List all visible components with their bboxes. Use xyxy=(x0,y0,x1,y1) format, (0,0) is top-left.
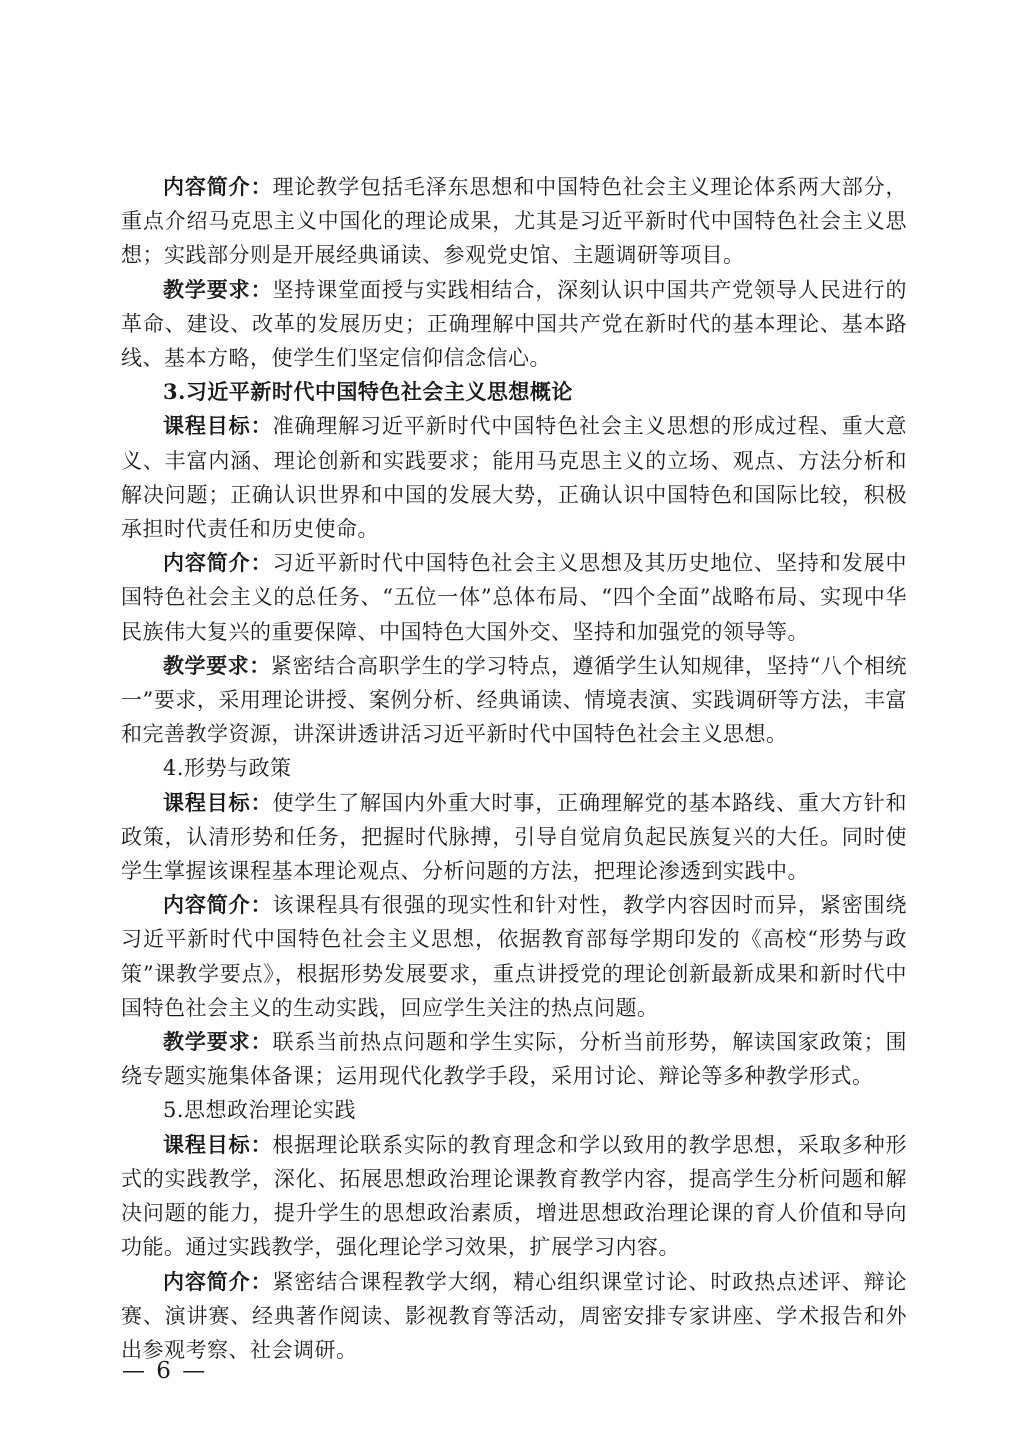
paragraph-course-goal-5: 课程目标：根据理论联系实际的教育理念和学以致用的教学思想，采取多种形式的实践教学… xyxy=(121,1128,907,1265)
paragraph-course-goal-4: 课程目标：使学生了解国内外重大时事，正确理解党的基本路线、重大方针和政策，认清形… xyxy=(121,786,907,889)
paragraph-label: 教学要求： xyxy=(163,1029,272,1054)
paragraph-content-intro-5: 内容简介：紧密结合课程教学大纲，精心组织课堂讨论、时政热点述评、辩论赛、演讲赛、… xyxy=(121,1265,907,1368)
document-body: 内容简介：理论教学包括毛泽东思想和中国特色社会主义理论体系两大部分，重点介绍马克… xyxy=(121,170,907,1367)
page-footer: — 6 — xyxy=(122,1358,207,1384)
paragraph-label: 课程目标： xyxy=(163,413,272,438)
paragraph-content-intro-1: 内容简介：理论教学包括毛泽东思想和中国特色社会主义理论体系两大部分，重点介绍马克… xyxy=(121,170,907,273)
paragraph-label: 课程目标： xyxy=(163,1132,272,1157)
page-number: — 6 — xyxy=(122,1358,207,1384)
paragraph-label: 内容简介： xyxy=(163,550,272,575)
paragraph-label: 内容简介： xyxy=(163,174,272,199)
paragraph-course-goal-3: 课程目标：准确理解习近平新时代中国特色社会主义思想的形成过程、重大意义、丰富内涵… xyxy=(121,409,907,546)
paragraph-label: 教学要求： xyxy=(163,653,271,678)
paragraph-label: 教学要求： xyxy=(163,277,272,302)
paragraph-teaching-req-3: 教学要求：紧密结合高职学生的学习特点，遵循学生认知规律，坚持“八个相统一”要求，… xyxy=(121,649,907,752)
paragraph-content-intro-3: 内容简介：习近平新时代中国特色社会主义思想及其历史地位、坚持和发展中国特色社会主… xyxy=(121,546,907,649)
paragraph-label: 课程目标： xyxy=(163,790,272,815)
document-page: 内容简介：理论教学包括毛泽东思想和中国特色社会主义理论体系两大部分，重点介绍马克… xyxy=(0,0,1024,1448)
section-heading-3: 3.习近平新时代中国特色社会主义思想概论 xyxy=(121,375,907,409)
paragraph-teaching-req-1: 教学要求：坚持课堂面授与实践相结合，深刻认识中国共产党领导人民进行的革命、建设、… xyxy=(121,273,907,376)
paragraph-label: 内容简介： xyxy=(163,892,272,917)
paragraph-content-intro-4: 内容简介：该课程具有很强的现实性和针对性，教学内容因时而异，紧密围绕习近平新时代… xyxy=(121,888,907,1025)
paragraph-teaching-req-4: 教学要求：联系当前热点问题和学生实际，分析当前形势，解读国家政策；围绕专题实施集… xyxy=(121,1025,907,1093)
paragraph-label: 内容简介： xyxy=(163,1269,272,1294)
section-heading-5: 5.思想政治理论实践 xyxy=(121,1093,907,1127)
section-heading-4: 4.形势与政策 xyxy=(121,751,907,785)
